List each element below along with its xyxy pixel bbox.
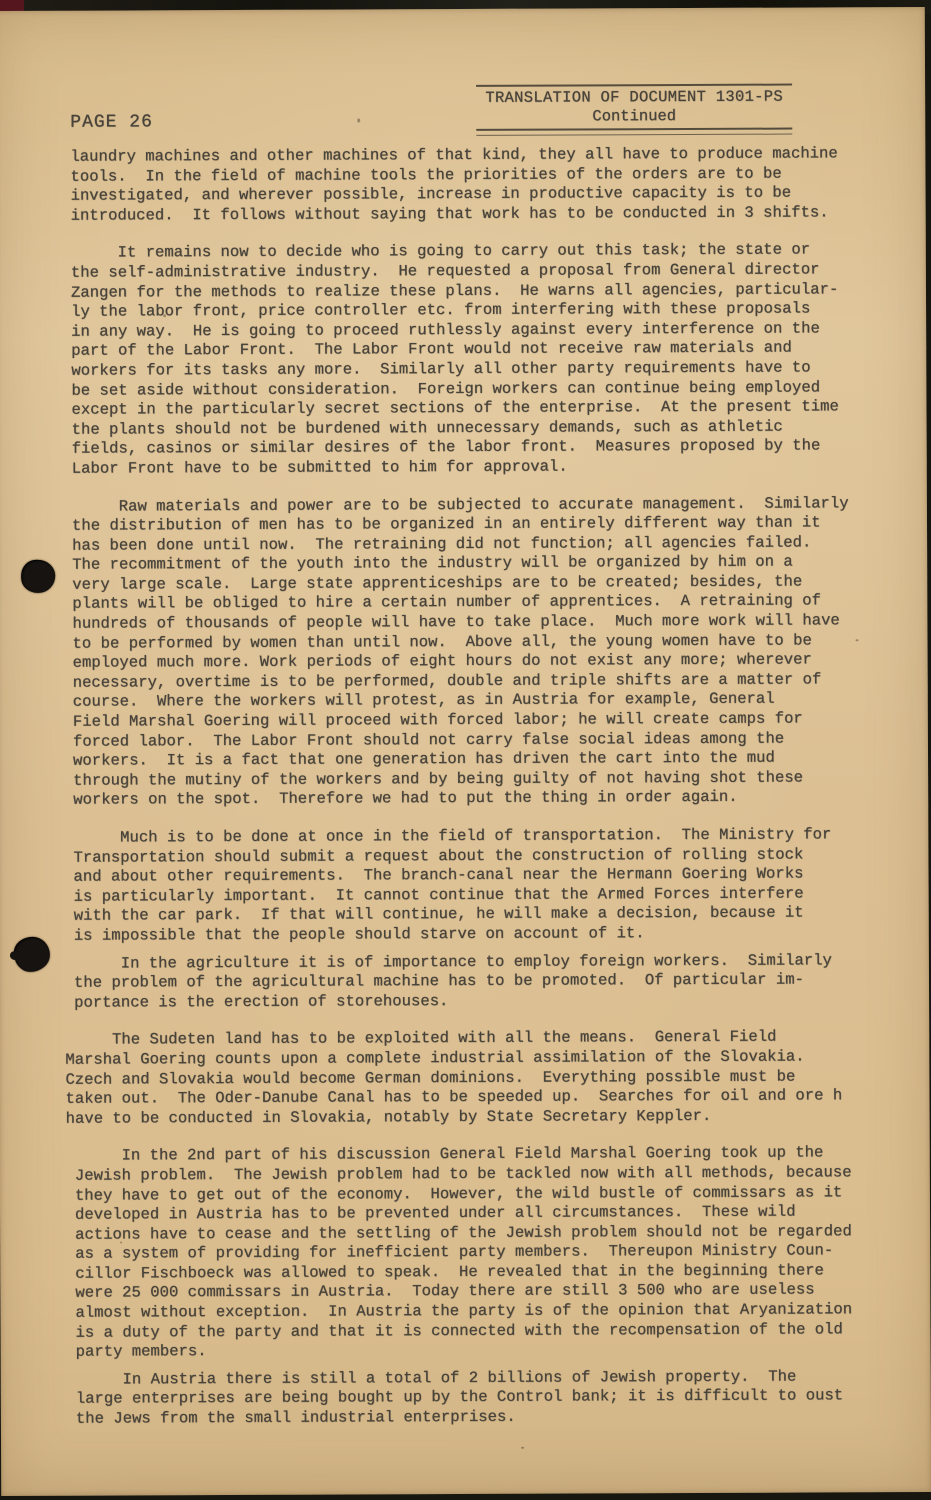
paper-speck xyxy=(856,639,859,641)
paragraph: The Sudeten land has to be exploited wit… xyxy=(65,1027,894,1129)
scan-background: { "doc": { "page_label": "PAGE 26", "hea… xyxy=(0,0,931,1500)
header-rule-top xyxy=(476,84,792,87)
paper-speck xyxy=(299,982,301,984)
paragraph: In the agriculture it is of importance t… xyxy=(74,951,894,1013)
paragraph: Raw materials and power are to be subjec… xyxy=(72,494,893,811)
header-title: TRANSLATION OF DOCUMENT 1301-PS xyxy=(476,88,792,107)
paragraph: In Austria there is still a total of 2 b… xyxy=(76,1367,896,1429)
paper-sheet: PAGE 26 TRANSLATION OF DOCUMENT 1301-PS … xyxy=(0,7,931,1496)
paragraph: laundry machines and other machines of t… xyxy=(70,144,890,226)
paper-speck xyxy=(357,118,360,122)
page-number-label: PAGE 26 xyxy=(70,112,153,132)
paragraph: It remains now to decide who is going to… xyxy=(71,241,892,480)
punch-hole-top xyxy=(21,560,55,593)
paper-speck xyxy=(521,1447,524,1449)
paragraph: Much is to be done at once in the field … xyxy=(73,825,894,946)
translation-header: TRANSLATION OF DOCUMENT 1301-PS Continue… xyxy=(476,84,792,136)
header-rule-bottom xyxy=(476,128,792,136)
paper-speck xyxy=(120,1241,122,1243)
header-subtitle: Continued xyxy=(476,107,792,126)
punch-hole-bottom xyxy=(14,937,50,972)
document-body: laundry machines and other machines of t… xyxy=(70,144,896,1447)
paper-speck xyxy=(163,314,166,317)
paragraph: In the 2nd part of his discussion Genera… xyxy=(75,1143,896,1362)
